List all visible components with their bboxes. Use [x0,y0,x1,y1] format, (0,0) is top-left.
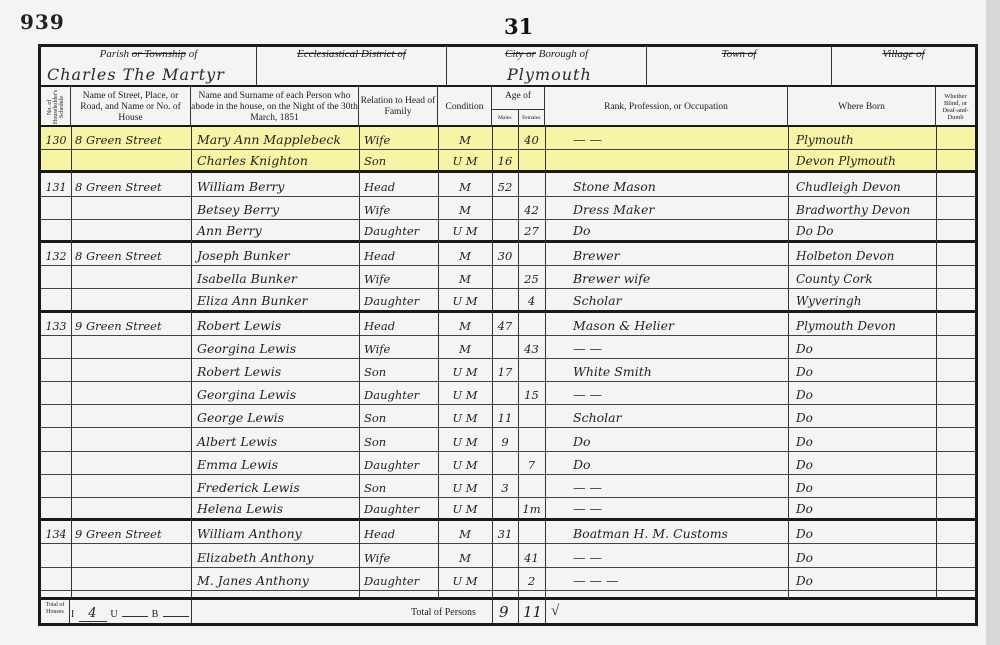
occupation: White Smith [545,359,788,381]
relation-to-head: Daughter [359,289,438,309]
header-condition: Condition [438,87,492,127]
occupation: Do [545,428,788,450]
divider [71,127,72,597]
street-address [71,568,191,590]
person-name: Eliza Ann Bunker [191,289,359,309]
blind-deaf-dumb [936,475,975,497]
age-male [492,382,518,404]
blind-deaf-dumb [936,127,975,149]
schedule-number [41,150,71,170]
schedule-number [41,359,71,381]
birthplace: Do [788,405,936,427]
street-address: 8 Green Street [71,127,191,149]
marital-condition: U M [438,428,492,450]
header-street: Name of Street, Place, or Road, and Name… [71,87,191,127]
town-label: Town of [722,48,757,60]
age-male [492,127,518,149]
age-male: 47 [492,313,518,335]
age-male [492,266,518,288]
marital-condition: M [438,197,492,219]
age-female: 40 [518,127,545,149]
street-address [71,197,191,219]
birthplace: Holbeton Devon [788,243,936,265]
person-name: Frederick Lewis [191,475,359,497]
person-name: Helena Lewis [191,498,359,518]
marital-condition: M [438,313,492,335]
street-address [71,475,191,497]
birthplace: Do [788,428,936,450]
total-houses-label: Total of Houses [42,602,68,616]
borough-value: Plymouth [507,65,592,84]
person-name: Albert Lewis [191,428,359,450]
table-row: Betsey BerryWifeM42Dress MakerBradworthy… [41,197,975,220]
schedule-number: 134 [41,521,71,543]
building-label: B [152,609,160,620]
relation-to-head: Daughter [359,452,438,474]
age-female: 27 [518,220,545,240]
relation-to-head: Son [359,359,438,381]
schedule-number [41,498,71,518]
divider [518,127,519,623]
street-address [71,382,191,404]
schedule-number: 132 [41,243,71,265]
marital-condition: U M [438,405,492,427]
occupation: Stone Mason [545,173,788,195]
age-male: 30 [492,243,518,265]
age-female: 15 [518,382,545,404]
birthplace: Bradworthy Devon [788,197,936,219]
occupation: — — — [545,568,788,590]
relation-to-head: Son [359,405,438,427]
person-name: M. Janes Anthony [191,568,359,590]
table-row: Ann BerryDaughterU M27DoDo Do [41,220,975,243]
person-name: Georgina Lewis [191,336,359,358]
relation-to-head: Daughter [359,498,438,518]
table-row: Frederick LewisSonU M3— —Do [41,475,975,498]
page-number: 31 [504,14,533,39]
birthplace: Chudleigh Devon [788,173,936,195]
marital-condition: M [438,127,492,149]
marital-condition: U M [438,289,492,309]
occupation: Dress Maker [545,197,788,219]
occupation: Boatman H. M. Customs [545,521,788,543]
town-cell: Town of [647,47,832,85]
person-name: Elizabeth Anthony [191,544,359,566]
person-name: Mary Ann Mapplebeck [191,127,359,149]
street-address: 8 Green Street [71,173,191,195]
blind-deaf-dumb [936,359,975,381]
age-male [492,197,518,219]
birthplace: Do [788,336,936,358]
age-female: 1m [518,498,545,518]
check-mark: √ [551,603,559,620]
village-label: Village of [882,48,924,60]
birthplace: Devon Plymouth [788,150,936,170]
blind-deaf-dumb [936,313,975,335]
occupation: — — [545,336,788,358]
table-row: M. Janes AnthonyDaughterU M2— — —Do [41,568,975,591]
occupation: — — [545,127,788,149]
person-name: William Anthony [191,521,359,543]
header-name: Name and Surname of each Person who abod… [191,87,359,127]
village-cell: Village of [832,47,975,85]
relation-to-head: Head [359,313,438,335]
street-address [71,359,191,381]
blind-deaf-dumb [936,220,975,240]
blind-deaf-dumb [936,428,975,450]
marital-condition: M [438,266,492,288]
age-female: 42 [518,197,545,219]
divider [191,127,192,623]
relation-to-head: Head [359,243,438,265]
table-row: Georgina LewisDaughterU M15— —Do [41,382,975,405]
age-female [518,150,545,170]
age-female [518,243,545,265]
occupation: — — [545,382,788,404]
schedule-number [41,197,71,219]
divider [359,127,360,597]
header-schedule: No. of Householder's Schedule [41,87,71,127]
marital-condition: U M [438,359,492,381]
relation-to-head: Daughter [359,220,438,240]
table-row: Robert LewisSonU M17White SmithDo [41,359,975,382]
street-address [71,336,191,358]
parish-cell: Parish or Township of Charles The Martyr [41,47,257,85]
age-male [492,452,518,474]
birthplace: Do [788,382,936,404]
schedule-number [41,336,71,358]
blind-deaf-dumb [936,173,975,195]
birthplace: Wyveringh [788,289,936,309]
street-address [71,266,191,288]
relation-to-head: Daughter [359,382,438,404]
street-address [71,289,191,309]
header-males: Males [492,110,519,127]
blind-deaf-dumb [936,544,975,566]
street-address [71,405,191,427]
schedule-number [41,382,71,404]
age-male [492,220,518,240]
divider [545,127,546,623]
age-female: 7 [518,452,545,474]
table-row: 1349 Green StreetWilliam AnthonyHeadM31B… [41,521,975,544]
table-row: Albert LewisSonU M9DoDo [41,428,975,451]
uninhabited-value [122,616,148,617]
age-female [518,359,545,381]
age-female [518,173,545,195]
age-male [492,289,518,309]
occupation: Do [545,452,788,474]
table-row: Isabella BunkerWifeM25Brewer wifeCounty … [41,266,975,289]
street-address [71,220,191,240]
person-name: Robert Lewis [191,313,359,335]
relation-to-head: Wife [359,127,438,149]
occupation: — — [545,498,788,518]
street-address: 9 Green Street [71,521,191,543]
blind-deaf-dumb [936,243,975,265]
schedule-number [41,452,71,474]
occupation: Do [545,220,788,240]
birthplace: Do [788,359,936,381]
schedule-number: 131 [41,173,71,195]
birthplace: Do [788,521,936,543]
relation-to-head: Head [359,521,438,543]
birthplace: Do Do [788,220,936,240]
census-form: Parish or Township of Charles The Martyr… [38,44,978,626]
person-name: Ann Berry [191,220,359,240]
age-male: 16 [492,150,518,170]
age-male: 11 [492,405,518,427]
table-row: 1328 Green StreetJoseph BunkerHeadM30Bre… [41,243,975,266]
header-blind: Whether Blind, or Deaf-and-Dumb [936,87,975,127]
table-row: Elizabeth AnthonyWifeM41— —Do [41,544,975,567]
age-male [492,336,518,358]
header-age: Age of Males Females [492,87,545,127]
parish-label: Parish [100,48,129,60]
birthplace: Do [788,568,936,590]
table-row: Helena LewisDaughterU M1m— —Do [41,498,975,521]
age-female [518,405,545,427]
age-female [518,313,545,335]
relation-to-head: Son [359,150,438,170]
person-name: George Lewis [191,405,359,427]
street-address: 9 Green Street [71,313,191,335]
building-value [163,616,189,617]
blind-deaf-dumb [936,266,975,288]
folio-number: 939 [20,10,65,34]
divider [788,127,789,597]
blind-deaf-dumb [936,382,975,404]
age-female: 2 [518,568,545,590]
table-row: Eliza Ann BunkerDaughterU M4ScholarWyver… [41,289,975,312]
schedule-number: 130 [41,127,71,149]
schedule-number: 133 [41,313,71,335]
age-male: 31 [492,521,518,543]
schedule-number [41,289,71,309]
total-females: 11 [523,603,542,621]
divider [492,127,493,623]
street-address [71,452,191,474]
age-male [492,568,518,590]
relation-to-head: Son [359,475,438,497]
age-female: 41 [518,544,545,566]
age-male: 52 [492,173,518,195]
borough-label: Borough of [539,48,588,60]
schedule-number [41,568,71,590]
street-address: 8 Green Street [71,243,191,265]
marital-condition: U M [438,452,492,474]
census-rows: 1308 Green StreetMary Ann MapplebeckWife… [41,127,975,591]
blind-deaf-dumb [936,197,975,219]
place-header: Parish or Township of Charles The Martyr… [41,47,975,87]
divider [936,127,937,597]
blind-deaf-dumb [936,289,975,309]
marital-condition: M [438,544,492,566]
marital-condition: U M [438,498,492,518]
inhabited-label: I [71,609,75,620]
occupation [545,150,788,170]
ecclesiastical-cell: Ecclesiastical District of [257,47,447,85]
blind-deaf-dumb [936,521,975,543]
marital-condition: M [438,336,492,358]
age-female: 43 [518,336,545,358]
table-row: Georgina LewisWifeM43— —Do [41,336,975,359]
header-age-label: Age of [505,91,531,102]
total-males: 9 [499,603,509,621]
table-row: Charles KnightonSonU M16Devon Plymouth [41,150,975,173]
marital-condition: M [438,243,492,265]
street-address [71,498,191,518]
header-occupation: Rank, Profession, or Occupation [545,87,788,127]
occupation: Scholar [545,289,788,309]
relation-to-head: Head [359,173,438,195]
schedule-number [41,544,71,566]
schedule-number [41,405,71,427]
table-row: 1308 Green StreetMary Ann MapplebeckWife… [41,127,975,150]
marital-condition: U M [438,382,492,404]
occupation: Mason & Helier [545,313,788,335]
schedule-number [41,220,71,240]
table-row: George LewisSonU M11ScholarDo [41,405,975,428]
occupation: — — [545,475,788,497]
age-female: 4 [518,289,545,309]
age-female [518,428,545,450]
table-row: Emma LewisDaughterU M7DoDo [41,452,975,475]
table-row: 1318 Green StreetWilliam BerryHeadM52Sto… [41,173,975,196]
township-struck-label: or Township [132,48,186,60]
age-female [518,521,545,543]
age-female [518,475,545,497]
total-houses: I 4 U B [71,606,189,622]
relation-to-head: Wife [359,336,438,358]
occupation: — — [545,544,788,566]
birthplace: Do [788,498,936,518]
street-address [71,428,191,450]
street-address [71,150,191,170]
uninhabited-label: U [110,609,118,620]
blind-deaf-dumb [936,498,975,518]
birthplace: Do [788,475,936,497]
person-name: Georgina Lewis [191,382,359,404]
person-name: Joseph Bunker [191,243,359,265]
marital-condition: M [438,173,492,195]
totals-row: Total of Houses I 4 U B Total of Persons… [41,597,975,623]
marital-condition: U M [438,220,492,240]
census-page: 939 31 Parish or Township of Charles The… [0,0,1000,645]
birthplace: County Cork [788,266,936,288]
person-name: Charles Knighton [191,150,359,170]
age-male: 17 [492,359,518,381]
relation-to-head: Daughter [359,568,438,590]
schedule-number [41,266,71,288]
inhabited-value: 4 [79,606,107,622]
column-headers: No. of Householder's Schedule Name of St… [41,87,975,127]
blind-deaf-dumb [936,452,975,474]
age-male [492,498,518,518]
header-born: Where Born [788,87,936,127]
age-male [492,544,518,566]
blind-deaf-dumb [936,568,975,590]
age-female: 25 [518,266,545,288]
city-struck-label: City or [505,48,536,60]
blind-deaf-dumb [936,336,975,358]
street-address [71,544,191,566]
marital-condition: U M [438,475,492,497]
person-name: Betsey Berry [191,197,359,219]
borough-cell: City or Borough of Plymouth [447,47,647,85]
marital-condition: U M [438,568,492,590]
occupation: Scholar [545,405,788,427]
occupation: Brewer [545,243,788,265]
person-name: William Berry [191,173,359,195]
marital-condition: U M [438,150,492,170]
relation-to-head: Wife [359,266,438,288]
header-relation: Relation to Head of Family [359,87,438,127]
birthplace: Do [788,544,936,566]
relation-to-head: Wife [359,197,438,219]
parish-value: Charles The Martyr [47,65,225,84]
person-name: Emma Lewis [191,452,359,474]
birthplace: Plymouth Devon [788,313,936,335]
table-row: 1339 Green StreetRobert LewisHeadM47Maso… [41,313,975,336]
blind-deaf-dumb [936,405,975,427]
relation-to-head: Wife [359,544,438,566]
person-name: Isabella Bunker [191,266,359,288]
person-name: Robert Lewis [191,359,359,381]
relation-to-head: Son [359,428,438,450]
age-male: 9 [492,428,518,450]
birthplace: Do [788,452,936,474]
marital-condition: M [438,521,492,543]
total-persons-label: Total of Persons [411,607,476,618]
birthplace: Plymouth [788,127,936,149]
parish-of-label: of [189,48,198,60]
schedule-number [41,428,71,450]
occupation: Brewer wife [545,266,788,288]
divider [438,127,439,597]
ecclesiastical-label: Ecclesiastical District of [297,48,406,60]
age-male: 3 [492,475,518,497]
blind-deaf-dumb [936,150,975,170]
schedule-number [41,475,71,497]
header-females: Females [519,110,545,127]
